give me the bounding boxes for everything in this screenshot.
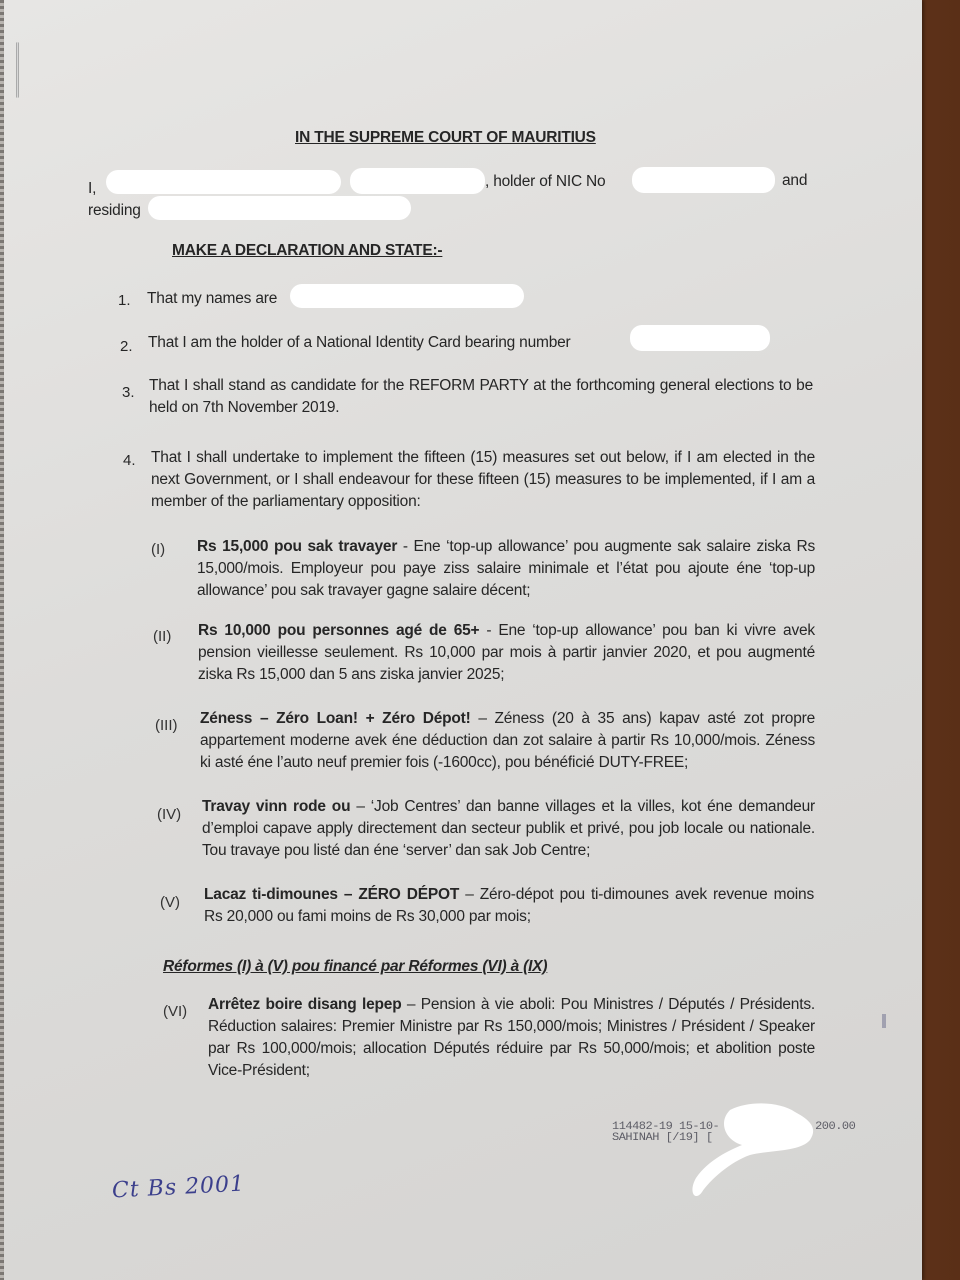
staple	[16, 42, 19, 98]
measure-title-plain: Lacaz ti-dimounes –	[204, 886, 358, 903]
statement-number: 2.	[120, 338, 133, 355]
measure-title: Rs 10,000 pou personnes agé de 65+	[198, 622, 479, 639]
intro-and-text: and	[782, 170, 807, 192]
measure-title: Rs 15,000 pou sak travayer	[197, 538, 397, 555]
measure-i: Rs 15,000 pou sak travayer - Ene ‘top-up…	[197, 536, 815, 602]
statement-3: That I shall stand as candidate for the …	[149, 375, 813, 419]
measure-v: Lacaz ti-dimounes – ZÉRO DÉPOT – Zéro-dé…	[204, 884, 814, 928]
ink-speck	[882, 1014, 886, 1028]
measure-numeral: (III)	[155, 717, 178, 734]
court-title: IN THE SUPREME COURT OF MAURITIUS	[295, 127, 596, 149]
measure-numeral: (VI)	[163, 1003, 187, 1020]
measure-title: Arrêtez boire disang lepep	[208, 996, 401, 1013]
measure-title: Zéness – Zéro Loan! + Zéro Dépot!	[200, 710, 471, 727]
intro-residing-text: residing	[88, 200, 141, 222]
declaration-heading: MAKE A DECLARATION AND STATE:-	[172, 240, 442, 262]
redacted-nic	[632, 167, 775, 193]
redacted-field	[350, 168, 485, 194]
statement-number: 1.	[118, 292, 131, 309]
redacted-name	[106, 170, 341, 194]
redacted-nic-number	[630, 325, 770, 351]
redaction-blob	[690, 1100, 830, 1210]
statement-1: That my names are	[147, 288, 277, 310]
measure-numeral: (II)	[153, 628, 171, 645]
statement-2: That I am the holder of a National Ident…	[148, 332, 571, 354]
measure-numeral: (V)	[160, 894, 180, 911]
statement-number: 4.	[123, 452, 136, 469]
intro-prefix: I,	[88, 178, 96, 200]
measure-title: ZÉRO DÉPOT	[358, 886, 459, 903]
measure-title: Travay vinn rode ou	[202, 798, 350, 815]
redacted-address	[148, 196, 411, 220]
statement-number: 3.	[122, 384, 135, 401]
statement-4: That I shall undertake to implement the …	[151, 447, 815, 513]
intro-holder-text: , holder of NIC No	[485, 171, 605, 193]
measure-vi: Arrêtez boire disang lepep – Pension à v…	[208, 994, 815, 1082]
redacted-names	[290, 284, 524, 308]
funding-subheading: Réformes (I) à (V) pou financé par Réfor…	[163, 956, 547, 978]
measure-numeral: (I)	[151, 541, 165, 558]
measure-iii: Zéness – Zéro Loan! + Zéro Dépot! – Zéne…	[200, 708, 815, 774]
measure-numeral: (IV)	[157, 806, 181, 823]
measure-iv: Travay vinn rode ou – ‘Job Centres’ dan …	[202, 796, 815, 862]
measure-ii: Rs 10,000 pou personnes agé de 65+ - Ene…	[198, 620, 815, 686]
